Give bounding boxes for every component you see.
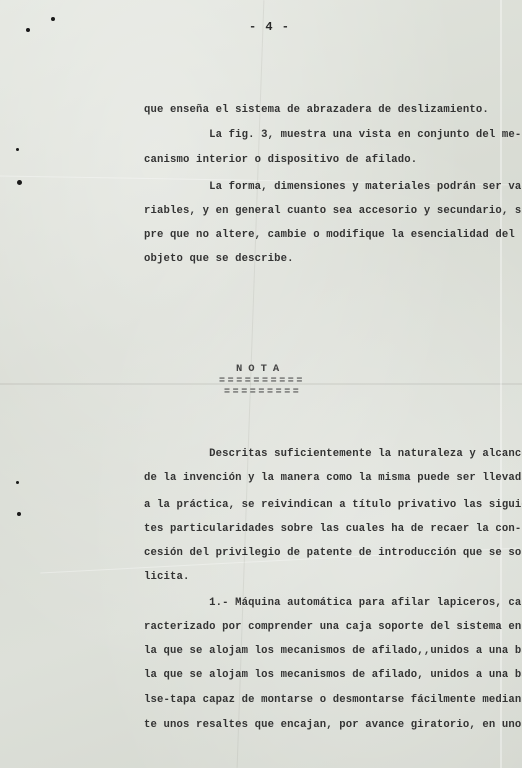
text-line: de la invención y la manera como la mism…	[144, 472, 522, 484]
page-number: - 4 -	[249, 20, 290, 34]
text-line: pre que no altere, cambie o modifique la…	[144, 229, 515, 241]
text-line: licita.	[144, 571, 190, 583]
text-line: 1.- Máquina automática para afilar lapic…	[144, 597, 522, 609]
text-line: La forma, dimensiones y materiales podrá…	[144, 181, 522, 193]
binding-hole	[16, 481, 19, 484]
nota-heading: NOTA	[236, 363, 285, 375]
binding-hole	[26, 28, 30, 32]
text-line: te unos resaltes que encajan, por avance…	[144, 719, 522, 731]
text-line: a la práctica, se reivindican a título p…	[144, 499, 522, 511]
binding-hole	[16, 148, 19, 151]
text-line: la que se alojam los mecanismos de afila…	[144, 669, 522, 681]
binding-hole	[17, 180, 22, 185]
underline-rule: ==========	[219, 376, 305, 387]
binding-hole	[51, 17, 55, 21]
text-line: la que se alojam los mecanismos de afila…	[144, 645, 522, 657]
text-line: riables, y en general cuanto sea accesor…	[144, 205, 522, 217]
text-line: cesión del privilegio de patente de intr…	[144, 547, 522, 559]
binding-hole	[17, 512, 21, 516]
text-line: objeto que se describe.	[144, 253, 294, 265]
text-line: canismo interior o dispositivo de afilad…	[144, 154, 417, 166]
text-line: Descritas suficientemente la naturaleza …	[144, 448, 522, 460]
text-line: La fig. 3, muestra una vista en conjunto…	[144, 129, 521, 141]
text-line: tes particularidades sobre las cuales ha…	[144, 523, 521, 535]
text-line: racterizado por comprender una caja sopo…	[144, 621, 521, 633]
text-line: lse-tapa capaz de montarse o desmontarse…	[144, 694, 522, 706]
underline-rule: =========	[224, 387, 301, 398]
text-line: que enseña el sistema de abrazadera de d…	[144, 104, 489, 116]
